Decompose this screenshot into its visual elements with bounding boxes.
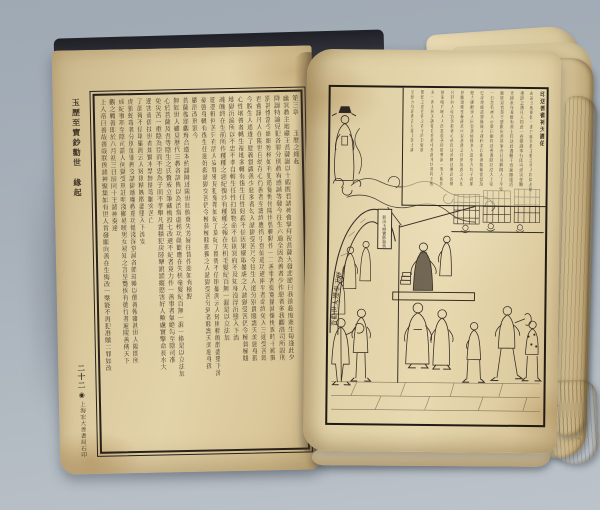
story-column: 寶鈔之意也世之君子尚其勉旃 [414, 90, 424, 203]
bookseller-figure [413, 251, 433, 290]
left-text-frame: 第三章 玉歷之緣起幽冥教主地藏王菩薩誕以十殿閻君諸神會掌拜祝菩薩大發悲愿曰我欲超… [93, 90, 310, 454]
ground-paving [331, 382, 539, 412]
illustration-frame: 普勸世人遵奉玉歷 新出玉歷寶鈔發售 [325, 85, 549, 427]
crowd-figures [331, 302, 541, 387]
story-column: 勉力廣勸世人同登善域後其人壽至九旬子孫果 [464, 90, 474, 203]
story-column: 親朋見者莫不感動向善其家亦日見興隆人丁平安 [494, 91, 504, 204]
right-page: 普勸世人遵奉玉歷 新出玉歷寶鈔發售 [303, 49, 561, 454]
story-column: 光緒初年某郡有善士印送此書數千卷遍贈遠近 [504, 91, 514, 204]
left-page: 玉歷至寶鈔勸世 緣起 二十二 ◉ 上海宏大善書局石印 第三章 玉歷之緣起幽冥教主… [52, 45, 321, 474]
photo-scene: 玉歷至寶鈔勸世 緣起 二十二 ◉ 上海宏大善書局石印 第三章 玉歷之緣起幽冥教主… [0, 0, 600, 510]
shop-sign-text: 新出玉歷寶鈔發售 [381, 214, 387, 249]
story-text-panel: 印送善書神天護佑 却說玉歷寶鈔一書乃幽冥教主憫念世人特降乩壇垂訓之書凡人得此一卷… [401, 88, 546, 208]
story-caption-title: 印送善書神天護佑 [533, 91, 544, 204]
story-column: 却說玉歷寶鈔一書乃幽冥教主憫念世人特降乩壇 [524, 91, 534, 204]
story-column: 垂訓之書凡人得此一卷敬謹奉行即可消災免難 [514, 91, 524, 204]
publisher-colophon: 上海宏大善書局石印 [77, 401, 87, 458]
left-text-columns: 第三章 玉歷之緣起幽冥教主地藏王菩薩誕以十殿閻君諸神會掌拜祝菩薩大發悲愿曰我欲超… [98, 95, 305, 449]
margin-bottom: 二十二 ◉ 上海宏大善書局石印 [76, 364, 89, 458]
story-column: 多一善士神天護佑自在意中矣此本坊重印玉歷 [424, 90, 434, 203]
story-column: 宣統元年暮春吉旦滬上善士識 [405, 90, 415, 203]
page-number: 二十二 [76, 364, 88, 390]
cloud-scrolls [333, 178, 360, 195]
story-column: 凡我同人亟宜各發善心或印送或轉送廣爲流傳 [444, 90, 454, 203]
running-title: 玉歷至寶鈔勸世 [70, 98, 82, 168]
official-deity-figure [332, 107, 362, 196]
story-column: 已命増爾壽算賜爾子孫科名以彰善報爾當益加 [474, 90, 484, 203]
press-mark-icon: ◉ [79, 391, 85, 399]
story-column: 一日忽有神人示夢曰爾印送善書陰功浩大上帝 [484, 91, 494, 204]
bookseller-counter [393, 236, 475, 301]
story-column: 使家喻戶曉人人改惡從善則陰曹減一罪人陽世 [434, 90, 444, 203]
book-stack [403, 272, 411, 276]
left-margin: 玉歷至寶鈔勸世 緣起 二十二 ◉ 上海宏大善書局石印 [65, 98, 95, 458]
story-column: 皆顯達鄉里稱羨焉可見善書之功效如此之大也 [454, 90, 464, 203]
running-subtitle: 緣起 [72, 178, 83, 198]
